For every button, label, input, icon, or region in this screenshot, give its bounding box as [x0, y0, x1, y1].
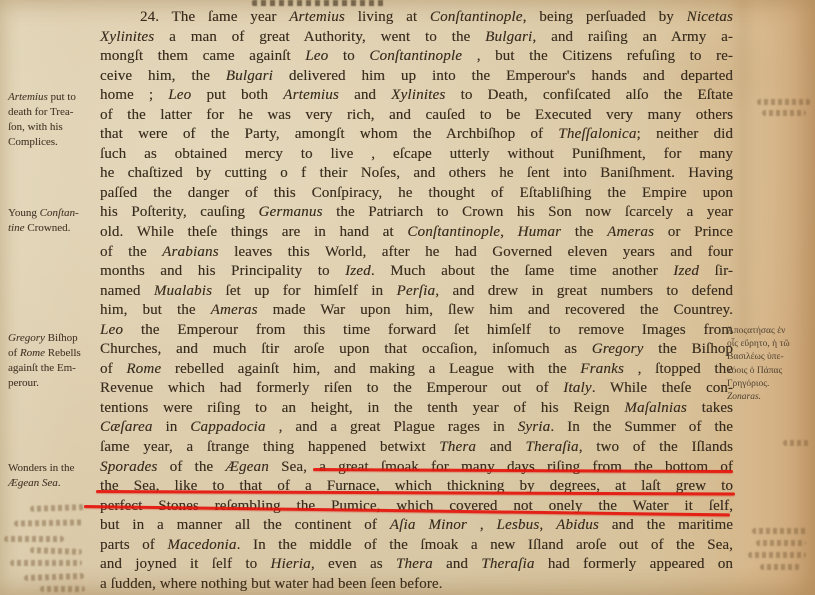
text-line: of Rome rebelled againſt him, and making… — [100, 360, 733, 380]
text-line: and joyned it ſelf to Hieria, even as Th… — [100, 555, 733, 575]
text-line: that were of the Party, amongſt whom the… — [100, 125, 733, 145]
show-through-text — [14, 519, 84, 526]
margin-note-line: ſon, with his — [8, 120, 100, 135]
text-line: ceive him, the Bulgari delivered him up … — [100, 67, 733, 87]
cropped-line-fragment — [252, 0, 384, 6]
margin-note: Wonders in theÆgean Sea. — [8, 461, 100, 491]
show-through-text — [30, 547, 82, 554]
show-through-text — [4, 536, 64, 542]
text-line: ſame year, a ſtrange thing happened betw… — [100, 438, 733, 458]
show-through-text — [748, 552, 806, 558]
show-through-text — [40, 586, 85, 592]
show-through-text — [757, 99, 811, 105]
margin-note-line: Complices. — [8, 135, 100, 150]
greek-note-line: Γρηγόριος. — [727, 378, 811, 391]
text-line: but in a manner all the continent of Aſi… — [100, 516, 733, 536]
greek-note-line: Ἀποςατήσας ἐν — [727, 325, 811, 338]
text-line: named Mualabis ſet up for himſelf in Per… — [100, 282, 733, 302]
show-through-text — [756, 540, 806, 546]
book-page-scan: 24. The ſame year Artemius living at Con… — [0, 0, 815, 595]
greek-note-line: Βασιλέως ὑπε- — [727, 351, 811, 364]
margin-note-line: Gregory Biſhop — [8, 331, 100, 346]
text-line: 24. The ſame year Artemius living at Con… — [100, 8, 733, 28]
text-line: he chaſtized by cutting o f their Noſes,… — [100, 164, 733, 184]
greek-margin-note: Ἀποςατήσας ἐνοἷς εὕρητο, ἡ τῶΒασιλέως ὑπ… — [727, 325, 811, 404]
show-through-text — [752, 528, 808, 534]
margin-note-line: tine Crowned. — [8, 221, 100, 236]
greek-note-line: κόοις ὁ Πάπας — [727, 365, 811, 378]
text-line: paſſed the danger of this Conſpiracy, he… — [100, 184, 733, 204]
text-line: Leo the Emperour from this time forward … — [100, 321, 733, 341]
margin-note: Gregory Biſhopof Rome Rebellsagainſt the… — [8, 331, 100, 391]
text-line: Churches, and much ſtir aroſe upon that … — [100, 340, 733, 360]
text-line: Sporades of the Ægean Sea, a great ſmoak… — [100, 458, 733, 478]
margin-note: Artemius put todeath for Trea-ſon, with … — [8, 90, 100, 150]
text-line: months and his Principality to Ized. Muc… — [100, 262, 733, 282]
greek-note-line: οἷς εὕρητο, ἡ τῶ — [727, 338, 811, 351]
text-line: his Poſterity, cauſing Germanus the Patr… — [100, 203, 733, 223]
margin-note-line: Ægean Sea. — [8, 476, 100, 491]
text-line: ſuch as obtained mercy to live , eſcape … — [100, 145, 733, 165]
show-through-text — [24, 573, 84, 581]
margin-note-line: Artemius put to — [8, 90, 100, 105]
margin-note-line: of Rome Rebells — [8, 346, 100, 361]
show-through-text — [30, 504, 85, 511]
text-line: tentions were riſing to an height, in th… — [100, 399, 733, 419]
text-line: parts of Macedonia. In the middle of the… — [100, 536, 733, 556]
margin-note-line: againſt the Em- — [8, 361, 100, 376]
margin-note-line: Young Conſtan- — [8, 206, 100, 221]
margin-note-line: Wonders in the — [8, 461, 100, 476]
greek-note-line: Zonaras. — [727, 391, 811, 404]
text-line: of the latter for he was very rich, and … — [100, 106, 733, 126]
text-line: old. While theſe things are in hand at C… — [100, 223, 733, 243]
text-line: of the Arabians leaves this World, after… — [100, 243, 733, 263]
margin-note-line: death for Trea- — [8, 105, 100, 120]
margin-note: Young Conſtan-tine Crowned. — [8, 206, 100, 236]
text-line: a ſudden, where nothing but water had be… — [100, 575, 733, 595]
text-line: mongſt them came againſt Leo to Conſtant… — [100, 47, 733, 67]
text-line: him, but the Ameras made War upon him, ſ… — [100, 301, 733, 321]
text-line: Xylinites a man of great Authority, went… — [100, 28, 733, 48]
show-through-text — [10, 560, 82, 566]
show-through-text — [762, 110, 806, 116]
show-through-text — [760, 564, 800, 570]
text-line: Revenue which had formerly riſen to the … — [100, 379, 733, 399]
text-line: home ; Leo put both Artemius and Xylinit… — [100, 86, 733, 106]
text-line: Cæſarea in Cappadocia , and a great Plag… — [100, 418, 733, 438]
margin-note-line: perour. — [8, 376, 100, 391]
show-through-text — [783, 440, 809, 446]
